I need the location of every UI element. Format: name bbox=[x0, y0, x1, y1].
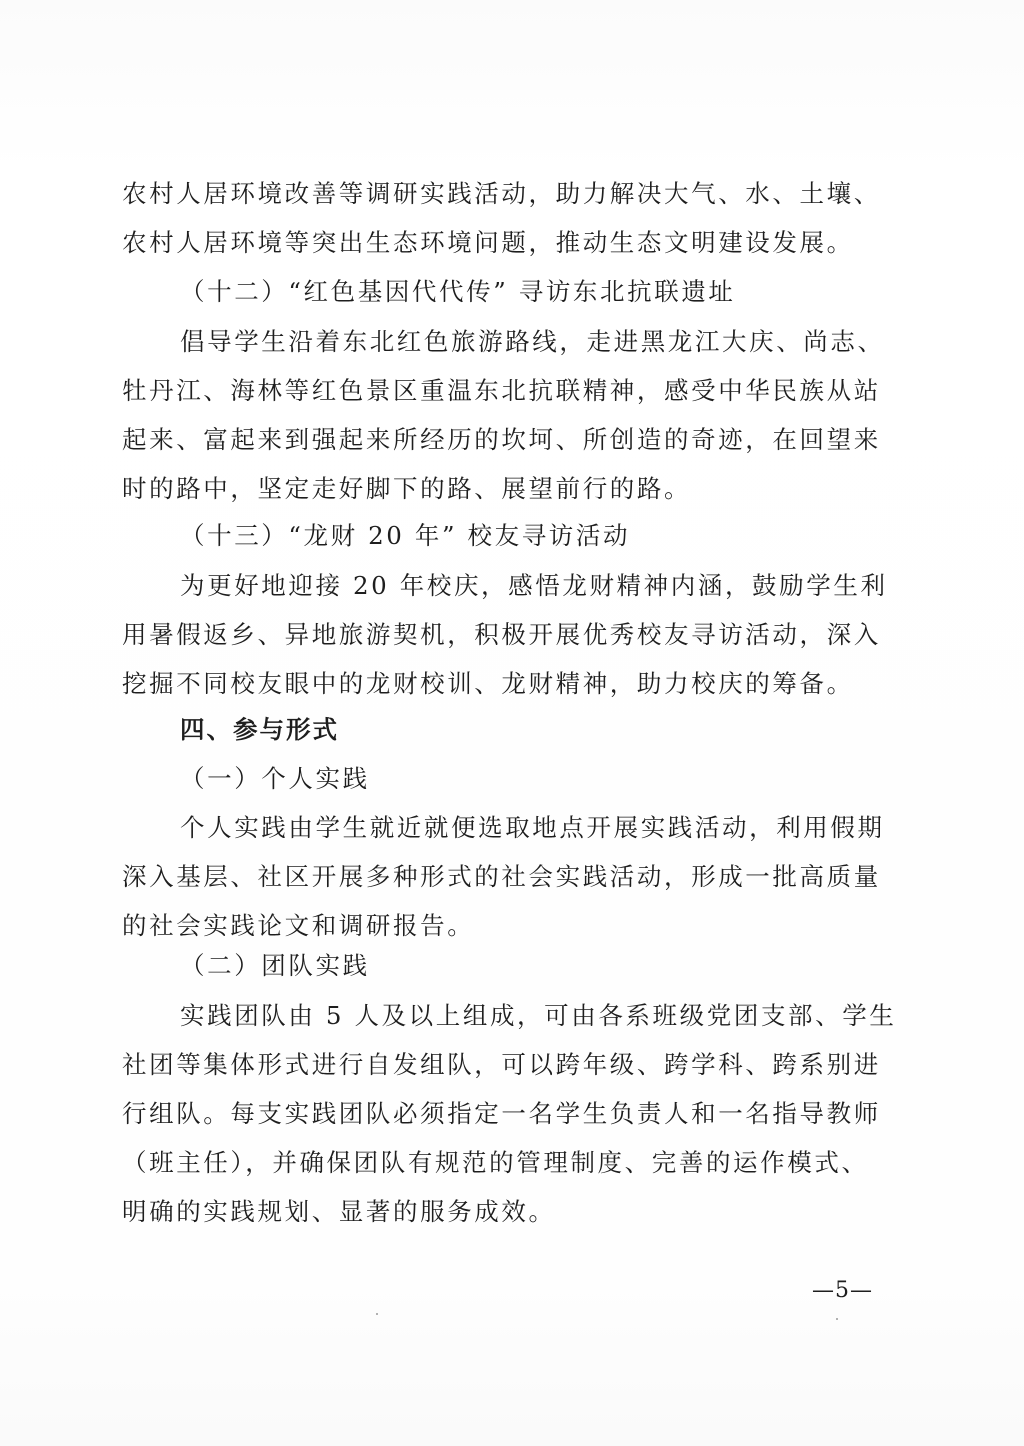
body-line: 的社会实践论文和调研报告。 bbox=[122, 910, 892, 942]
body-line: 牡丹江、海林等红色景区重温东北抗联精神，感受中华民族从站 bbox=[122, 375, 892, 407]
body-line: 社团等集体形式进行自发组队，可以跨年级、跨学科、跨系别进 bbox=[122, 1049, 892, 1081]
paragraph-start: 实践团队由 5 人及以上组成，可由各系班级党团支部、学生 bbox=[180, 1000, 950, 1032]
document-page: 农村人居环境改善等调研实践活动，助力解决大气、水、土壤、 农村人居环境等突出生态… bbox=[0, 0, 1024, 1446]
body-line: 起来、富起来到强起来所经历的坎坷、所创造的奇迹，在回望来 bbox=[122, 424, 892, 456]
body-line: 农村人居环境改善等调研实践活动，助力解决大气、水、土壤、 bbox=[122, 178, 892, 210]
body-line: 深入基层、社区开展多种形式的社会实践活动，形成一批高质量 bbox=[122, 861, 892, 893]
section-heading-participation: 四、参与形式 bbox=[180, 714, 950, 746]
body-line: 挖掘不同校友眼中的龙财校训、龙财精神，助力校庆的筹备。 bbox=[122, 668, 892, 700]
paragraph-start: 倡导学生沿着东北红色旅游路线，走进黑龙江大庆、尚志、 bbox=[180, 326, 950, 358]
subheading-alumni-visit: （十三）“龙财 20 年” 校友寻访活动 bbox=[180, 520, 950, 552]
subheading-individual-practice: （一）个人实践 bbox=[180, 763, 950, 795]
paragraph-start: 个人实践由学生就近就便选取地点开展实践活动，利用假期 bbox=[180, 812, 950, 844]
body-line: 行组队。每支实践团队必须指定一名学生负责人和一名指导教师 bbox=[122, 1098, 892, 1130]
subheading-team-practice: （二）团队实践 bbox=[180, 950, 950, 982]
subheading-red-gene: （十二）“红色基因代代传” 寻访东北抗联遗址 bbox=[180, 276, 950, 308]
body-line: 明确的实践规划、显著的服务成效。 bbox=[122, 1196, 892, 1228]
scan-speck bbox=[836, 1318, 838, 1320]
paragraph-start: 为更好地迎接 20 年校庆，感悟龙财精神内涵，鼓励学生利 bbox=[180, 570, 950, 602]
body-line: 农村人居环境等突出生态环境问题，推动生态文明建设发展。 bbox=[122, 227, 892, 259]
body-line: 用暑假返乡、异地旅游契机，积极开展优秀校友寻访活动，深入 bbox=[122, 619, 892, 651]
body-line: 时的路中，坚定走好脚下的路、展望前行的路。 bbox=[122, 473, 892, 505]
page-number: —5— bbox=[812, 1278, 873, 1303]
scan-speck bbox=[376, 1313, 378, 1315]
body-line: （班主任），并确保团队有规范的管理制度、完善的运作模式、 bbox=[122, 1147, 892, 1179]
